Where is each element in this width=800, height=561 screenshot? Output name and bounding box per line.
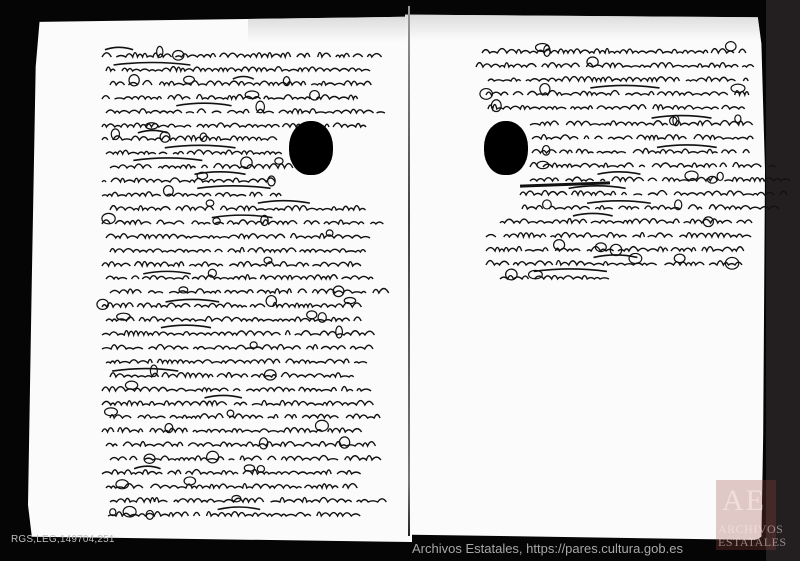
handwriting-line — [102, 465, 355, 479]
handwriting-line — [110, 493, 375, 507]
handwriting-line — [110, 201, 357, 215]
handwriting-line — [520, 186, 770, 200]
handwriting-line — [488, 72, 738, 86]
handwriting-line — [486, 256, 736, 270]
handwriting-line — [106, 62, 365, 76]
handwriting-line — [102, 298, 355, 312]
center-fold — [408, 6, 410, 536]
handwriting-line — [102, 257, 349, 271]
handwriting-line — [106, 312, 353, 326]
handwriting-line — [102, 48, 367, 62]
handwriting-line — [106, 104, 371, 118]
handwriting-line — [110, 451, 369, 465]
left-page-hole — [289, 121, 333, 175]
handwriting-line — [530, 116, 742, 130]
handwriting-line — [106, 270, 371, 284]
handwriting-line — [106, 145, 276, 159]
handwriting-line — [486, 242, 736, 256]
logo-letters: AE — [722, 484, 766, 518]
handwriting-line — [102, 173, 272, 187]
handwriting-line — [106, 354, 359, 368]
logo-line-2: ESTATALES — [718, 535, 787, 550]
handwriting-line — [488, 100, 738, 114]
handwriting-line — [486, 86, 741, 100]
viewer-frame-edge — [766, 0, 800, 561]
handwriting-line — [108, 507, 348, 521]
handwriting-line — [532, 130, 742, 144]
handwriting-line — [110, 243, 363, 257]
handwriting-line — [500, 214, 748, 228]
handwriting-line — [102, 215, 367, 229]
handwriting-line — [110, 368, 357, 382]
handwriting-line — [110, 159, 280, 173]
handwriting-line — [110, 284, 369, 298]
handwriting-line — [106, 479, 353, 493]
handwriting-line — [102, 326, 367, 340]
handwriting-line — [106, 229, 365, 243]
handwriting-line — [102, 423, 349, 437]
handwriting-line — [486, 228, 738, 242]
handwriting-line — [530, 158, 758, 172]
document-reference-watermark: RGS,LEG,149704,251 — [11, 534, 115, 545]
handwriting-line — [102, 340, 361, 354]
handwriting-line — [500, 270, 600, 284]
handwriting-line — [482, 44, 744, 58]
handwriting-line — [522, 200, 760, 214]
handwriting-line — [102, 90, 349, 104]
archive-logo: AE ARCHIVOS ESTATALES — [716, 480, 776, 550]
handwriting-line — [106, 437, 371, 451]
handwriting-line — [476, 58, 744, 72]
handwriting-line — [102, 131, 272, 145]
handwriting-line — [102, 187, 272, 201]
handwriting-line — [110, 76, 363, 90]
handwriting-line — [532, 144, 744, 158]
handwriting-line — [102, 396, 361, 410]
handwriting-line — [102, 382, 367, 396]
right-page-hole — [484, 121, 528, 175]
archive-caption: Archivos Estatales, https://pares.cultur… — [412, 541, 683, 556]
